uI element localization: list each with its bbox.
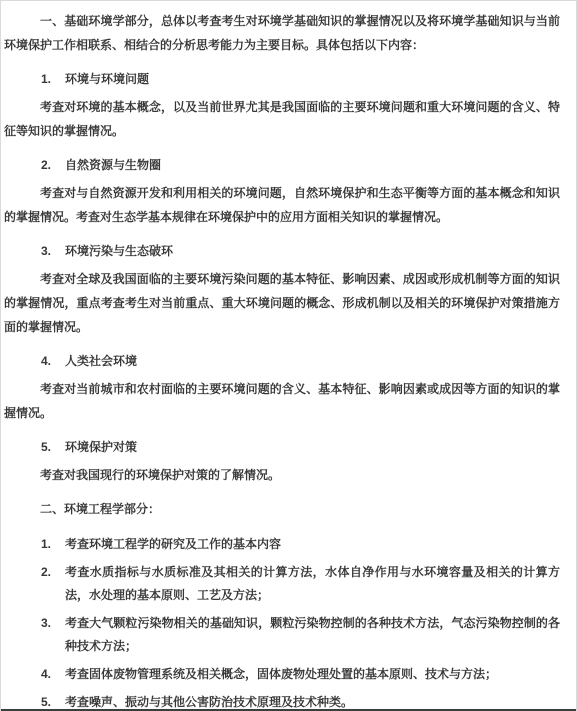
list-number: 4. <box>41 663 65 686</box>
list-number: 5. <box>41 691 65 711</box>
section2-item-3: 3. 考查大气颗粒污染物相关的基础知识，颗粒污染物控制的各种技术方法，气态污染物… <box>4 612 560 658</box>
list-number: 5. <box>41 435 65 459</box>
list-number: 1. <box>41 67 65 91</box>
section1-item-3-body: 考查对全球及我国面临的主要环境污染问题的基本特征、影响因素、成因或形成机制等方面… <box>4 267 560 339</box>
section2-item-5: 5. 考查噪声、振动与其他公害防治技术原理及技术种类。 <box>4 691 560 711</box>
section2-item-1: 1. 考查环境工程学的研究及工作的基本内容 <box>4 533 560 556</box>
section1-item-1-heading: 1. 环境与环境问题 <box>4 67 560 91</box>
section1-item-4-heading: 4. 人类社会环境 <box>4 349 560 373</box>
list-title: 人类社会环境 <box>65 349 137 373</box>
list-number: 2. <box>41 561 65 607</box>
section1-intro: 一、基础环境学部分，总体以考查考生对环境学基础知识的掌握情况以及将环境学基础知识… <box>4 9 560 57</box>
section1-item-1-body: 考查对环境的基本概念，以及当前世界尤其是我国面临的主要环境问题和重大环境问题的含… <box>4 95 560 143</box>
section1-item-4-body: 考查对当前城市和农村面临的主要环境问题的含义、基本特征、影响因素或成因等方面的知… <box>4 377 560 425</box>
list-title: 环境保护对策 <box>65 435 137 459</box>
section2-item-2: 2. 考查水质指标与水质标准及其相关的计算方法，水体自净作用与水环境容量及相关的… <box>4 561 560 607</box>
section1-item-3-heading: 3. 环境污染与生态破环 <box>4 239 560 263</box>
section1-item-2-body: 考查对与自然资源开发和利用相关的环境问题，自然环境保护和生态平衡等方面的基本概念… <box>4 181 560 229</box>
document-page: 一、基础环境学部分，总体以考查考生对环境学基础知识的掌握情况以及将环境学基础知识… <box>0 0 577 711</box>
section1-item-5-body: 考查对我国现行的环境保护对策的了解情况。 <box>4 463 560 487</box>
list-number: 3. <box>41 239 65 263</box>
list-number: 4. <box>41 349 65 373</box>
list-number: 2. <box>41 153 65 177</box>
list-text: 考查固体废物管理系统及相关概念，固体废物处理处置的基本原则、技术与方法； <box>65 663 560 686</box>
list-text: 考查噪声、振动与其他公害防治技术原理及技术种类。 <box>65 691 560 711</box>
list-title: 自然资源与生物圈 <box>65 153 161 177</box>
list-title: 环境与环境问题 <box>65 67 149 91</box>
list-text: 考查环境工程学的研究及工作的基本内容 <box>65 533 560 556</box>
list-title: 环境污染与生态破环 <box>65 239 173 263</box>
list-number: 3. <box>41 612 65 658</box>
section2-heading: 二、环境工程学部分： <box>4 497 560 521</box>
list-number: 1. <box>41 533 65 556</box>
section2-item-4: 4. 考查固体废物管理系统及相关概念，固体废物处理处置的基本原则、技术与方法； <box>4 663 560 686</box>
list-text: 考查大气颗粒污染物相关的基础知识，颗粒污染物控制的各种技术方法，气态污染物控制的… <box>65 612 560 658</box>
section1-item-5-heading: 5. 环境保护对策 <box>4 435 560 459</box>
list-text: 考查水质指标与水质标准及其相关的计算方法，水体自净作用与水环境容量及相关的计算方… <box>65 561 560 607</box>
section1-item-2-heading: 2. 自然资源与生物圈 <box>4 153 560 177</box>
